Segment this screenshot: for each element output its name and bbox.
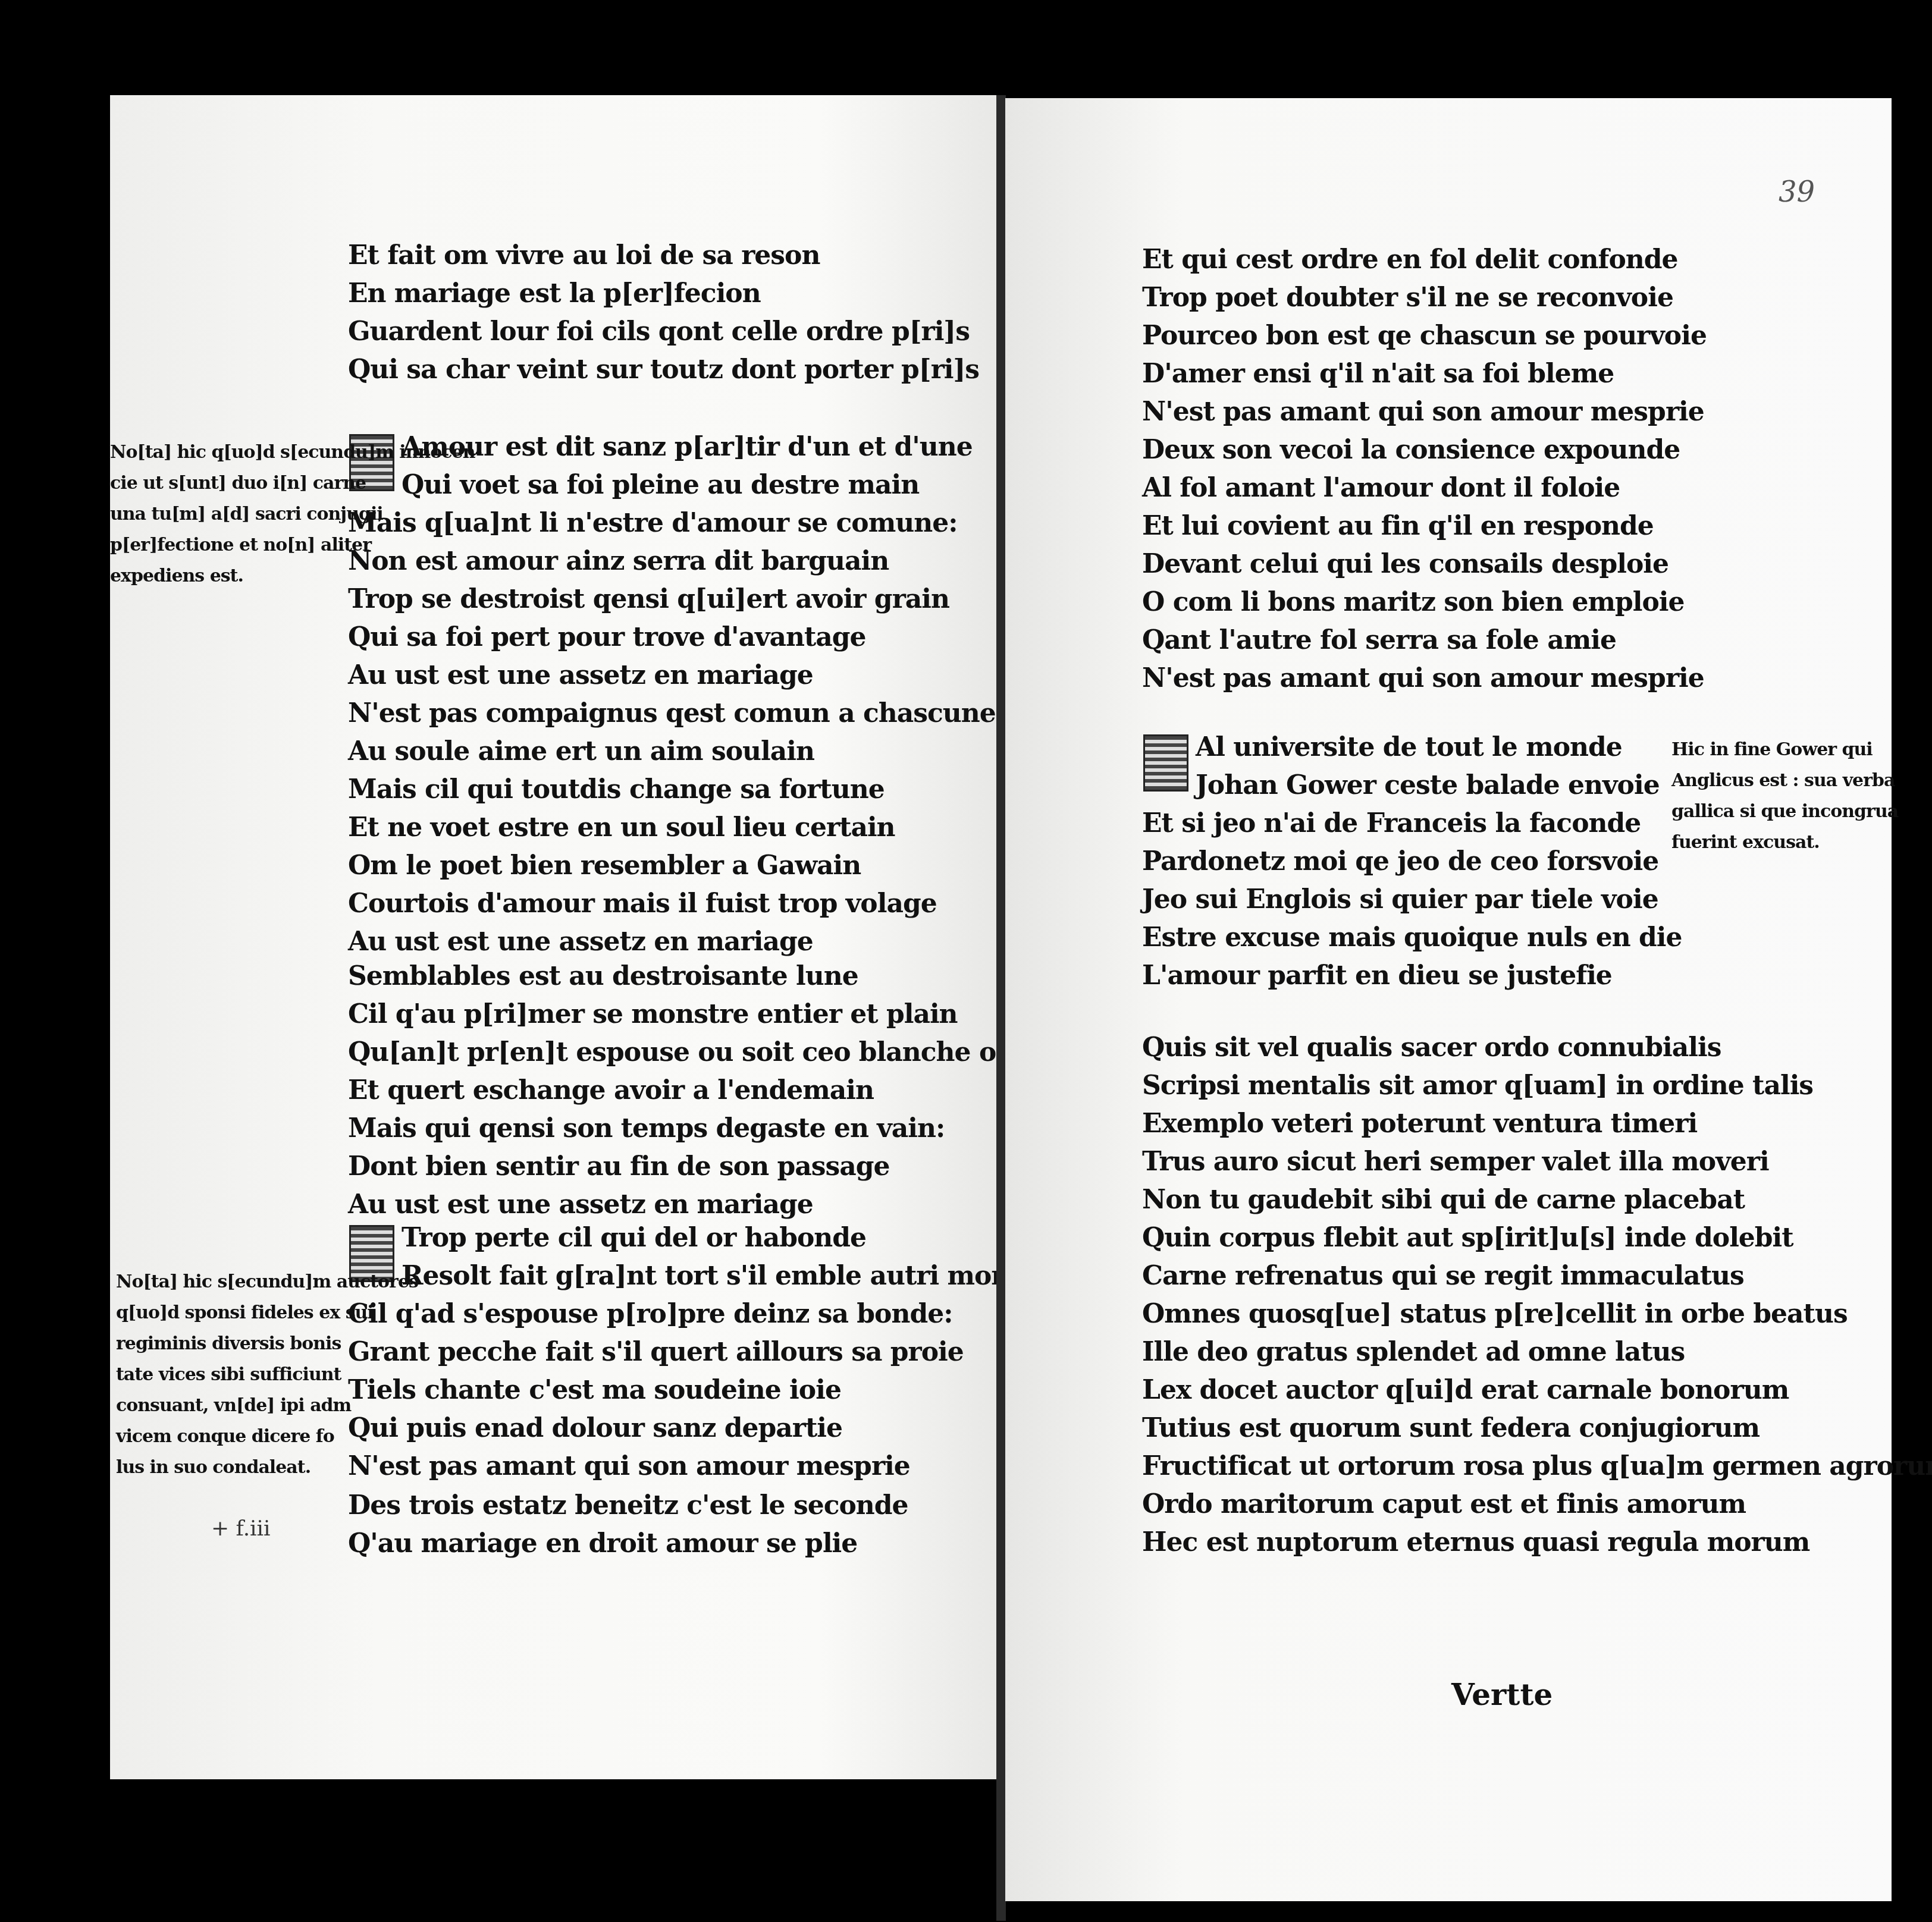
verse-line: Au soule aime ert un aim soulain <box>348 733 996 771</box>
margin-note-line: q[uo]d sponsi fideles ex sui <box>116 1298 418 1329</box>
verse-line: Et lui covient au fin q'il en responde <box>1142 507 1704 545</box>
verse-line: O com li bons maritz son bien emploie <box>1142 583 1704 621</box>
margin-note-line: fuerint excusat. <box>1671 827 1898 858</box>
margin-note-line: una tu[m] a[d] sacri conjugii <box>110 499 482 530</box>
verse-line: L'amour parfit en dieu se justefie <box>1142 957 1682 995</box>
verse-line: Et ne voet estre en un soul lieu certain <box>348 809 996 847</box>
margin-note-line: No[ta] hic q[uo]d s[ecundu]m innocen- <box>110 437 482 468</box>
verse-line: Des trois estatz beneitz c'est le second… <box>348 1487 908 1525</box>
verse-line: Quis sit vel qualis sacer ordo connubial… <box>1142 1029 1932 1067</box>
verse-line: Mais qui qensi son temps degaste en vain… <box>348 1110 1107 1148</box>
verse-line: Qant l'autre fol serra sa fole amie <box>1142 621 1704 659</box>
verse-line: Et si jeo n'ai de Franceis la faconde <box>1142 805 1682 843</box>
verse-line: Trop perte cil qui del or habonde <box>348 1219 1052 1257</box>
right-page: 39 Et qui cest ordre en fol delit confon… <box>1005 98 1892 1901</box>
verse-line: Lex docet auctor q[ui]d erat carnale bon… <box>1142 1371 1932 1409</box>
left-stanza-1: Et fait om vivre au loi de sa reson En m… <box>348 237 979 389</box>
verse-line: N'est pas amant qui son amour mesprie <box>1142 659 1704 698</box>
verse-line: Et qui cest ordre en fol delit confonde <box>1142 241 1707 279</box>
margin-note-line: Anglicus est : sua verba <box>1671 765 1898 796</box>
verse-line: Hec est nuptorum eternus quasi regula mo… <box>1142 1524 1932 1562</box>
verse-line: Pourceo bon est qe chascun se pourvoie <box>1142 317 1707 355</box>
verse-line: Cil q'ad s'espouse p[ro]pre deinz sa bon… <box>348 1295 1052 1333</box>
verse-line: Et fait om vivre au loi de sa reson <box>348 237 979 275</box>
left-stanza-5: Trop perte cil qui del or habonde Resolt… <box>348 1219 1052 1486</box>
left-page: Et fait om vivre au loi de sa reson En m… <box>110 95 996 1779</box>
verse-line: Qui sa char veint sur toutz dont porter … <box>348 351 979 389</box>
margin-note-line: tate vices sibi sufficiunt <box>116 1359 418 1390</box>
verse-line: Qu[an]t pr[en]t espouse ou soit ceo blan… <box>348 1034 1107 1072</box>
right-stanza-2: Deux son vecoi la consience expounde Al … <box>1142 431 1704 698</box>
margin-note-line: vicem conque dicere fo <box>116 1421 418 1452</box>
margin-note-line: p[er]fectione et no[n] aliter <box>110 530 482 561</box>
verse-line: Ordo maritorum caput est et finis amorum <box>1142 1486 1932 1524</box>
verse-line: Au ust est une assetz en mariage <box>348 657 973 695</box>
verse-line: Grant pecche fait s'il quert aillours sa… <box>348 1333 1052 1371</box>
verse-line: Dont bien sentir au fin de son passage <box>348 1148 1107 1186</box>
margin-note-line: No[ta] hic s[ecundu]m auctores <box>116 1267 418 1298</box>
verse-line: Resolt fait g[ra]nt tort s'il emble autr… <box>348 1257 1052 1295</box>
verse-line: Mais cil qui toutdis change sa fortune <box>348 771 996 809</box>
catchword: Vertte <box>1451 1677 1552 1712</box>
verse-line: N'est pas compaignus qest comun a chascu… <box>348 695 996 733</box>
verse-line: N'est pas amant qui son amour mesprie <box>1142 393 1707 431</box>
verse-line: Qui sa foi pert pour trove d'avantage <box>348 618 973 657</box>
margin-note-line: consuant, vn[de] ipi adm <box>116 1390 418 1421</box>
verse-line: Al universite de tout le monde <box>1142 728 1682 767</box>
verse-line: Deux son vecoi la consience expounde <box>1142 431 1704 469</box>
verse-line: Al fol amant l'amour dont il foloie <box>1142 469 1704 507</box>
binding-gutter <box>996 95 1006 1921</box>
verse-line: Au ust est une assetz en mariage <box>348 1186 1107 1224</box>
verse-line: Quin corpus flebit aut sp[irit]u[s] inde… <box>1142 1219 1932 1257</box>
verse-line: Tutius est quorum sunt federa conjugioru… <box>1142 1409 1932 1447</box>
margin-note-line: gallica si que incongrua <box>1671 796 1898 827</box>
verse-line: En mariage est la p[er]fecion <box>348 275 979 313</box>
verse-line: Om le poet bien resembler a Gawain <box>348 847 996 885</box>
verse-line: Ille deo gratus splendet ad omne latus <box>1142 1333 1932 1371</box>
verse-line: Non tu gaudebit sibi qui de carne placeb… <box>1142 1181 1932 1219</box>
verse-line: Omnes quosq[ue] status p[re]cellit in or… <box>1142 1295 1932 1333</box>
verse-line: Et quert eschange avoir a l'endemain <box>348 1072 1107 1110</box>
verse-line: Carne refrenatus qui se regit immaculatu… <box>1142 1257 1932 1295</box>
verse-line: Scripsi mentalis sit amor q[uam] in ordi… <box>1142 1067 1932 1105</box>
verse-line: Exemplo veteri poterunt ventura timeri <box>1142 1105 1932 1143</box>
verse-line: Johan Gower ceste balade envoie <box>1142 767 1682 805</box>
folio-number: 39 <box>1779 175 1815 209</box>
margin-note-line: regiminis diversis bonis <box>116 1329 418 1359</box>
right-latin-verses: Quis sit vel qualis sacer ordo connubial… <box>1142 1029 1932 1562</box>
verse-line: Estre excuse mais quoique nuls en die <box>1142 919 1682 957</box>
verse-line: Cil q'au p[ri]mer se monstre entier et p… <box>348 995 1107 1034</box>
verse-line: Q'au mariage en droit amour se plie <box>348 1525 908 1563</box>
top-edge-strip <box>1047 71 1880 89</box>
left-margin-note-2: No[ta] hic s[ecundu]m auctores q[uo]d sp… <box>116 1267 418 1483</box>
left-stanza-6: Des trois estatz beneitz c'est le second… <box>348 1487 908 1563</box>
verse-line: Au ust est une assetz en mariage <box>348 923 996 961</box>
verse-line: Courtois d'amour mais il fuist trop vola… <box>348 885 996 923</box>
verse-line: Devant celui qui les consails desploie <box>1142 545 1704 583</box>
right-stanza-1: Et qui cest ordre en fol delit confonde … <box>1142 241 1707 431</box>
margin-note-line: Hic in fine Gower qui <box>1671 734 1898 765</box>
verse-line: Trus auro sicut heri semper valet illa m… <box>1142 1143 1932 1181</box>
margin-note-line: expediens est. <box>110 561 482 592</box>
verse-line: Guardent lour foi cils qont celle ordre … <box>348 313 979 351</box>
verse-line: Qui puis enad dolour sanz departie <box>348 1409 1052 1447</box>
verse-line: N'est pas amant qui son amour mesprie <box>348 1447 1052 1486</box>
right-stanza-3-envoy: Al universite de tout le monde Johan Gow… <box>1142 728 1682 995</box>
bottom-mark: + f.iii <box>211 1516 271 1541</box>
margin-note-line: lus in suo condaleat. <box>116 1452 418 1483</box>
verse-line: Trop poet doubter s'il ne se reconvoie <box>1142 279 1707 317</box>
verse-line: Semblables est au destroisante lune <box>348 957 1107 995</box>
margin-note-line: cie ut s[unt] duo i[n] carne <box>110 468 482 499</box>
verse-line: Jeo sui Englois si quier par tiele voie <box>1142 881 1682 919</box>
verse-line: Tiels chante c'est ma soudeine ioie <box>348 1371 1052 1409</box>
left-stanza-3: N'est pas compaignus qest comun a chascu… <box>348 695 996 961</box>
left-margin-note-1: No[ta] hic q[uo]d s[ecundu]m innocen- ci… <box>110 437 482 592</box>
right-margin-note: Hic in fine Gower qui Anglicus est : sua… <box>1671 734 1898 858</box>
left-stanza-4: Semblables est au destroisante lune Cil … <box>348 957 1107 1224</box>
verse-line: Pardonetz moi qe jeo de ceo forsvoie <box>1142 843 1682 881</box>
verse-line: D'amer ensi q'il n'ait sa foi bleme <box>1142 355 1707 393</box>
verse-line: Fructificat ut ortorum rosa plus q[ua]m … <box>1142 1447 1932 1486</box>
